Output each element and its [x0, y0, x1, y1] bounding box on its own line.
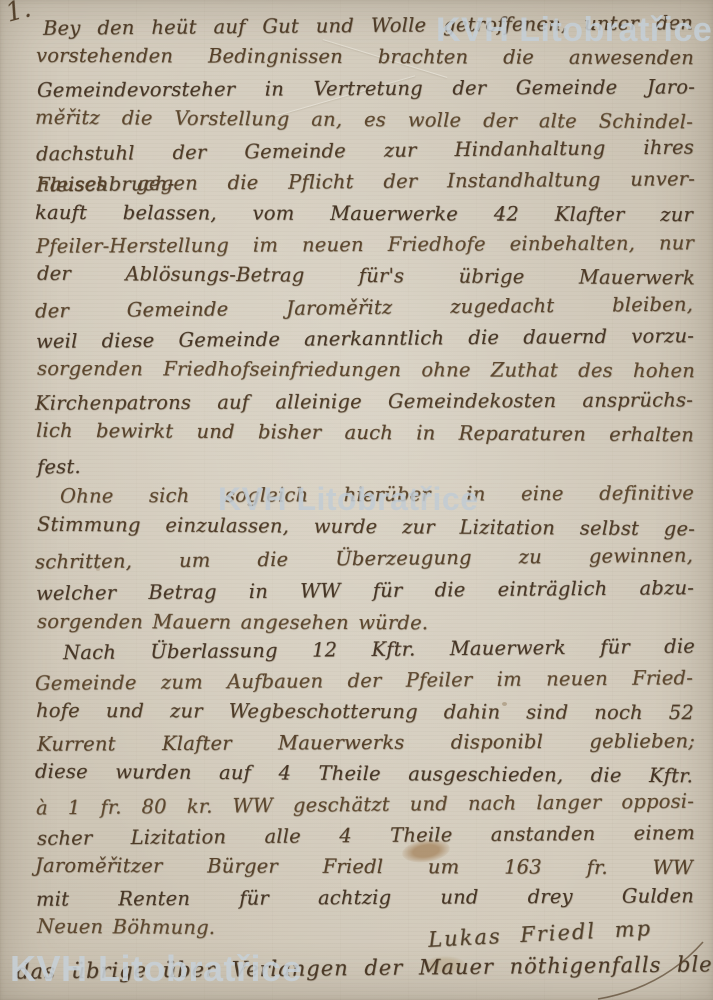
- handwriting-line: Jaroměřitzer Bürger Friedl um 163 fr. WW: [35, 850, 693, 883]
- handwriting-line: kauft belassen, vom Mauerwerke 42 Klafte…: [35, 197, 693, 231]
- handwriting-line: hauses gegen die Pflicht der Instandhalt…: [37, 164, 695, 201]
- handwriting-paragraph-3: Nach Überlassung 12 Kftr. Mauerwerk für …: [36, 634, 694, 944]
- handwriting-line: vorstehenden Bedingnissen brachten die a…: [36, 40, 694, 74]
- manuscript-page: 1. Bey den heüt auf Gut und Wolle getrof…: [0, 0, 713, 1000]
- handwriting-line: scher Lizitation alle 4 Theile anstanden…: [37, 817, 695, 854]
- handwriting-line: Pfeiler-Herstellung im neuen Friedhofe e…: [36, 227, 694, 262]
- handwriting-line: sorgenden Friedhofseinfriedungen ohne Zu…: [37, 353, 695, 387]
- handwriting-line: Gemeindevorsteher in Vertretung der Geme…: [37, 71, 695, 106]
- handwriting-line: hofe und zur Wegbeschotterung dahin sind…: [36, 695, 694, 728]
- handwriting-line: Bey den heüt auf Gut und Wolle getroffen…: [35, 7, 693, 44]
- page-corner-mark: 1.: [3, 0, 35, 29]
- handwriting-line: weil diese Gemeinde anerkanntlich die da…: [36, 320, 694, 357]
- handwriting-line: Kirchenpatrons auf alleinige Gemeindekos…: [35, 384, 693, 419]
- handwriting-paragraph-2: Ohne sich sogleich hierüber in eine defi…: [36, 479, 694, 639]
- handwriting-line-truncated: das übrige über Verlangen der Mauer nöth…: [16, 952, 713, 983]
- handwriting-line: Ohne sich sogleich hierüber in eine defi…: [36, 477, 694, 512]
- handwriting-line: welcher Betrag in WW für die einträglich…: [36, 572, 694, 610]
- handwriting-line: Gemeinde zum Aufbauen der Pfeiler im neu…: [35, 662, 693, 699]
- handwriting-line: Kurrent Klafter Mauerwerks disponibl geb…: [37, 725, 695, 759]
- handwriting-paragraph-1: Bey den heüt auf Gut und Wolle getroffen…: [36, 10, 694, 479]
- handwriting-line: mit Renten für achtzig und drey Gulden: [36, 880, 694, 914]
